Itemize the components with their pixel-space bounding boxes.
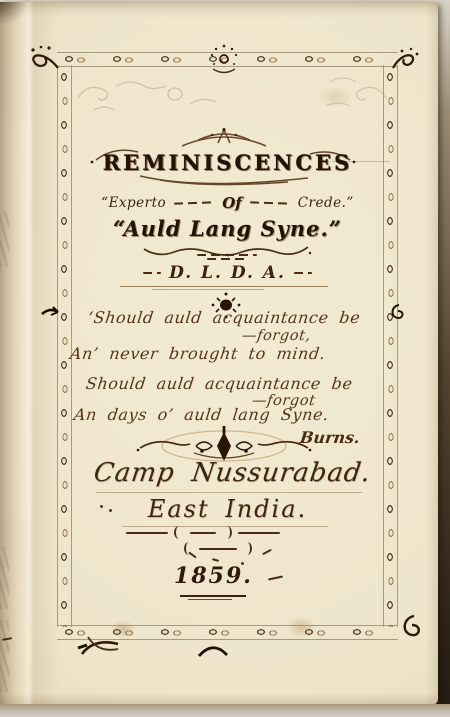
motto-left: “Experto xyxy=(101,195,166,211)
paper-stain xyxy=(286,616,316,638)
border-accent-bottom-icon xyxy=(196,642,230,660)
place-line-1-row: Camp Nussurabad. xyxy=(57,458,398,488)
subtitle-row: “Auld Lang Syne.” xyxy=(57,216,398,241)
pencil-squiggle-top-left-icon xyxy=(72,64,222,116)
place-line-1: Camp Nussurabad. xyxy=(92,458,373,488)
initials-underline-2 xyxy=(152,289,264,290)
corner-flourish-top-left-icon xyxy=(26,44,64,74)
flourish-dash xyxy=(174,201,214,204)
manuscript-subtitle: “Auld Lang Syne.” xyxy=(113,216,342,241)
year-underline xyxy=(180,595,246,597)
verse-line-1: ‘Should auld acquaintance be xyxy=(87,308,362,327)
verse-line-3: Should auld acquaintance be xyxy=(85,374,354,393)
paper-stain xyxy=(318,86,352,108)
ink-dot xyxy=(100,505,103,508)
flourish-dash xyxy=(143,272,161,274)
flourish-dash xyxy=(250,201,290,204)
year-text: 1859. xyxy=(174,563,253,589)
initials-row: D. L. D. A. xyxy=(57,263,398,283)
manuscript-title: REMINISCENCES xyxy=(103,150,353,175)
imprint-rule xyxy=(96,492,362,493)
corner-flourish-bottom-right-icon xyxy=(398,612,422,640)
binding-gutter-shadow xyxy=(0,2,62,705)
motto-right: Crede.” xyxy=(298,195,354,211)
paper-stain xyxy=(110,620,136,638)
motto-row: “Experto Of Crede.” xyxy=(57,194,398,212)
binding-corner-shadow xyxy=(0,2,46,42)
place-line-2: East India. xyxy=(148,495,307,523)
initials-top-dashes xyxy=(197,254,257,260)
corner-flourish-top-right-icon xyxy=(390,46,420,72)
dash-ornament-row-2 xyxy=(184,542,254,555)
ink-bleedthrough-mark xyxy=(0,620,9,692)
flourish-dash xyxy=(294,272,312,274)
dash-ornament-row-1 xyxy=(126,526,288,539)
title-row: REMINISCENCES xyxy=(57,150,398,175)
dedication-initials: D. L. D. A. xyxy=(169,263,286,283)
verse-line-1-tail: —forgot, xyxy=(241,328,312,344)
verse-line-2: An’ never brought to mind. xyxy=(69,344,327,363)
manuscript-page: REMINISCENCES “Experto Of Crede.” “Auld … xyxy=(0,2,438,705)
verse-line-4: An days o’ auld lang Syne. xyxy=(73,405,330,424)
ink-bleedthrough-mark xyxy=(0,547,9,609)
motto-center: Of xyxy=(222,194,242,212)
initials-underline xyxy=(120,286,328,287)
ink-bleedthrough-mark xyxy=(0,212,9,267)
year-underline-2 xyxy=(188,599,232,600)
year-row: 1859. xyxy=(43,563,384,589)
border-accent-left-icon xyxy=(40,304,62,322)
photograph-of-manuscript: REMINISCENCES “Experto Of Crede.” “Auld … xyxy=(0,0,450,717)
ink-dot xyxy=(109,509,112,512)
border-accent-right-icon xyxy=(388,302,404,320)
